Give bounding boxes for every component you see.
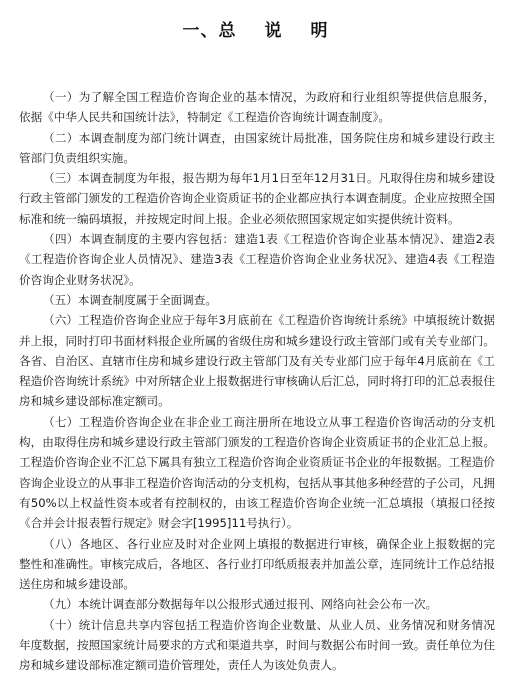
title-part-3: 明 xyxy=(311,21,329,41)
paragraph-8: （八）各地区、各行业应及时对企业网上填报的数据进行审核，确保企业上报数据的完整性… xyxy=(19,534,495,595)
paragraph-1: （一）为了解全国工程造价咨询企业的基本情况，为政府和行业组织等提供信息服务，依据… xyxy=(19,87,495,128)
title-part-1: 一、总 xyxy=(183,21,237,41)
paragraph-5: （五）本调查制度属于全面调查。 xyxy=(19,290,495,310)
paragraph-10: （十）统计信息共享内容包括工程造价咨询企业数量、从业人员、业务情况和财务情况年度… xyxy=(19,615,495,676)
paragraph-2: （二）本调查制度为部门统计调查，由国家统计局批准，国务院住房和城乡建设行政主管部… xyxy=(19,128,495,169)
paragraph-4: （四）本调查制度的主要内容包括：建造1表《工程造价咨询企业基本情况》、建造2表《… xyxy=(19,229,495,290)
paragraph-6: （六）工程造价咨询企业应于每年3月底前在《工程造价咨询统计系统》中填报统计数据并… xyxy=(19,310,495,411)
title-part-2: 说 xyxy=(265,21,283,41)
document-page: 一、总说明 （一）为了解全国工程造价咨询企业的基本情况，为政府和行业组织等提供信… xyxy=(0,0,511,700)
paragraph-7: （七）工程造价咨询企业在非企业工商注册所在地设立从事工程造价咨询活动的分支机构，… xyxy=(19,412,495,534)
section-title: 一、总说明 xyxy=(0,16,511,41)
document-body: （一）为了解全国工程造价咨询企业的基本情况，为政府和行业组织等提供信息服务，依据… xyxy=(19,87,495,676)
paragraph-9: （九）本统计调查部分数据每年以公报形式通过报刊、网络向社会公布一次。 xyxy=(19,594,495,614)
paragraph-3: （三）本调查制度为年报，报告期为每年1月1日至年12月31日。凡取得住房和城乡建… xyxy=(19,168,495,229)
